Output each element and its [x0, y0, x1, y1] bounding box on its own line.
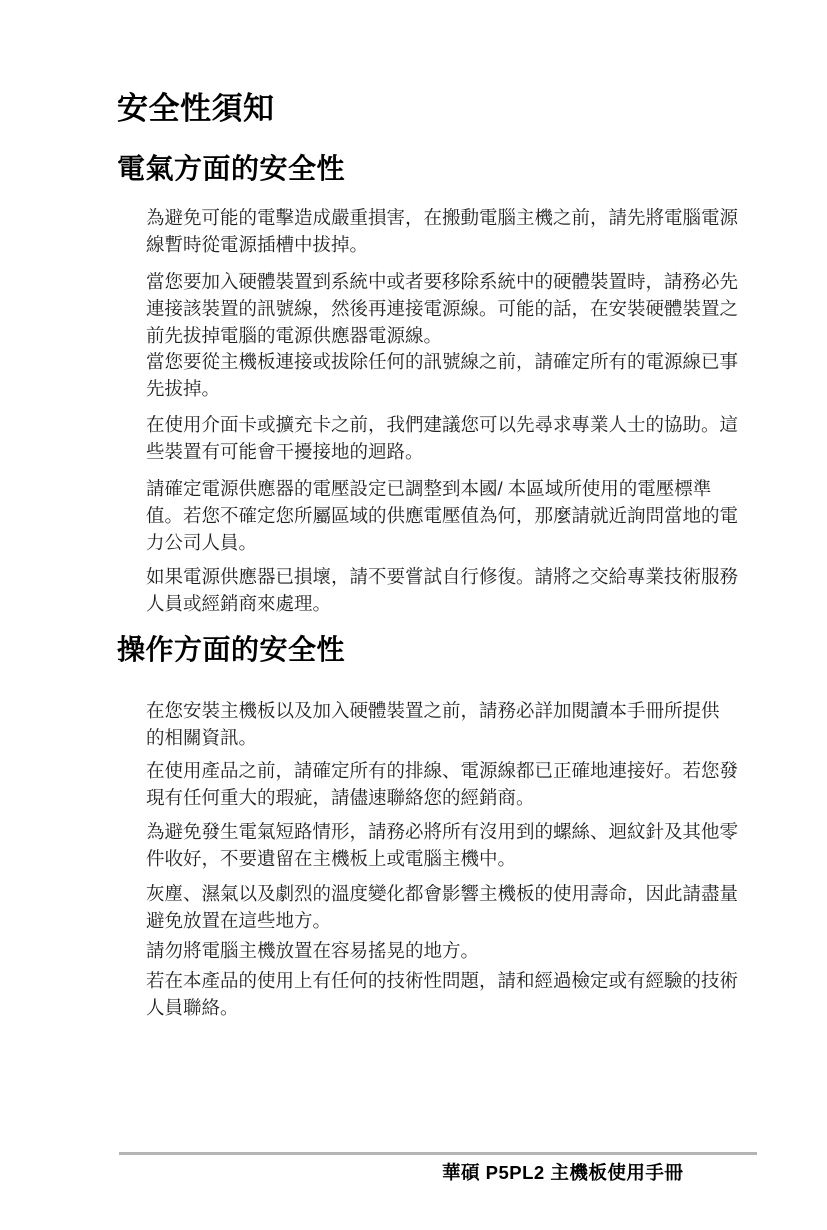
paragraph-operational-1: 在您安裝主機板以及加入硬體裝置之前，請務必詳加閱讀本手冊所提供 的相關資訊。	[146, 697, 720, 751]
paragraph-electrical-4: 在使用介面卡或擴充卡之前，我們建議您可以先尋求專業人士的協助。這 些裝置有可能會…	[146, 411, 738, 465]
footer-divider	[119, 1152, 757, 1155]
paragraph-electrical-6: 如果電源供應器已損壞，請不要嘗試自行修復。請將之交給專業技術服務 人員或經銷商來…	[146, 563, 738, 617]
paragraph-operational-6: 若在本產品的使用上有任何的技術性問題，請和經過檢定或有經驗的技術 人員聯絡。	[146, 967, 738, 1021]
paragraph-electrical-2: 當您要加入硬體裝置到系統中或者要移除系統中的硬體裝置時，請務必先 連接該裝置的訊…	[146, 268, 738, 349]
manual-page: 安全性須知 電氣方面的安全性 為避免可能的電擊造成嚴重損害，在搬動電腦主機之前，…	[0, 0, 827, 1230]
paragraph-operational-2: 在使用產品之前，請確定所有的排線、電源線都已正確地連接好。若您發 現有任何重大的…	[146, 757, 738, 811]
paragraph-operational-4: 灰塵、濕氣以及劇烈的溫度變化都會影響主機板的使用壽命，因此請盡量 避免放置在這些…	[146, 880, 738, 934]
paragraph-operational-5: 請勿將電腦主機放置在容易搖晃的地方。	[146, 937, 479, 964]
paragraph-electrical-1: 為避免可能的電擊造成嚴重損害，在搬動電腦主機之前，請先將電腦電源 線暫時從電源插…	[146, 204, 738, 258]
page-title: 安全性須知	[117, 91, 275, 127]
section-heading-operational-safety: 操作方面的安全性	[117, 633, 345, 667]
paragraph-operational-3: 為避免發生電氣短路情形，請務必將所有沒用到的螺絲、迴紋針及其他零 件收好，不要遺…	[146, 818, 738, 872]
section-heading-electrical-safety: 電氣方面的安全性	[117, 152, 345, 186]
footer-text: 華碩 P5PL2 主機板使用手冊	[442, 1161, 683, 1185]
paragraph-electrical-3: 當您要從主機板連接或拔除任何的訊號線之前，請確定所有的電源線已事 先拔掉。	[146, 348, 738, 402]
paragraph-electrical-5: 請確定電源供應器的電壓設定已調整到本國/ 本區域所使用的電壓標準 值。若您不確定…	[146, 475, 738, 556]
